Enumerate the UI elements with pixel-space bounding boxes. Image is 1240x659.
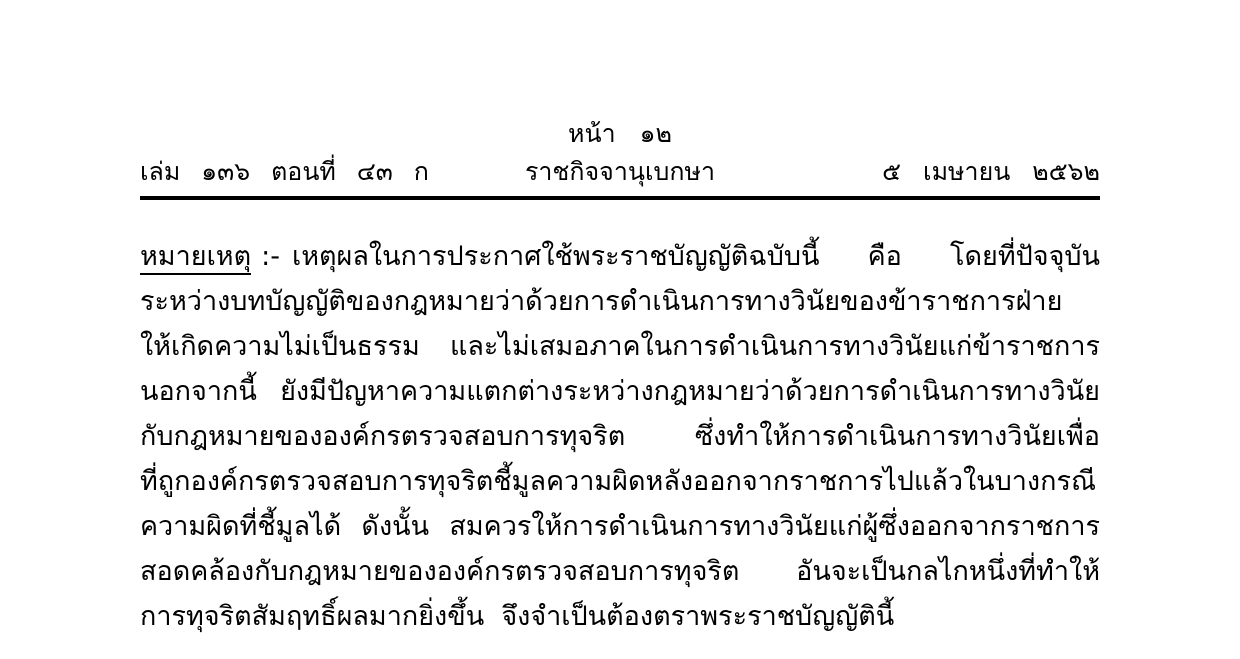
note-paragraph: หมายเหตุ:-เหตุผลในการประกาศใช้พระราชบัญญ… <box>140 234 1100 639</box>
body-line-7: ความผิดที่ชี้มูลได้ ดังนั้น สมควรให้การด… <box>140 504 1100 549</box>
body-line-9: การทุจริตสัมฤทธิ์ผลมากยิ่งขึ้น จึงจำเป็น… <box>140 594 1100 639</box>
gazette-page: หน้า ๑๒ เล่ม ๑๓๖ ตอนที่ ๔๓ ก ราชกิจจานุเ… <box>0 0 1240 659</box>
body-line-5: กับกฎหมายขององค์กรตรวจสอบการทุจริต ซึ่งท… <box>140 414 1100 459</box>
note-first-line-text: เหตุผลในการประกาศใช้พระราชบัญญัติฉบับนี้… <box>140 241 1100 279</box>
page-header: เล่ม ๑๓๖ ตอนที่ ๔๓ ก ราชกิจจานุเบกษา ๕ เ… <box>140 152 1100 192</box>
body-line-8: สอดคล้องกับกฎหมายขององค์กรตรวจสอบการทุจร… <box>140 549 1100 594</box>
note-label: หมายเหตุ <box>140 241 251 275</box>
body-line-6: ที่ถูกองค์กรตรวจสอบการทุจริตชี้มูลความผิ… <box>140 459 1100 504</box>
page-number-label: หน้า ๑๒ <box>140 116 1100 152</box>
volume-issue-label: เล่ม ๑๓๖ ตอนที่ ๔๓ ก <box>140 152 525 192</box>
issue-date: ๕ เมษายน ๒๕๖๒ <box>715 152 1100 192</box>
body-line-1: หมายเหตุ:-เหตุผลในการประกาศใช้พระราชบัญญ… <box>140 234 1100 279</box>
note-separator: :- <box>261 234 280 279</box>
header-rule <box>140 196 1100 200</box>
page-content: หน้า ๑๒ เล่ม ๑๓๖ ตอนที่ ๔๓ ก ราชกิจจานุเ… <box>140 0 1100 639</box>
body-line-3: ให้เกิดความไม่เป็นธรรม และไม่เสมอภาคในกา… <box>140 324 1100 369</box>
body-line-2: ระหว่างบทบัญญัติของกฎหมายว่าด้วยการดำเนิ… <box>140 279 1100 324</box>
body-line-4: นอกจากนี้ ยังมีปัญหาความแตกต่างระหว่างกฎ… <box>140 369 1100 414</box>
gazette-title: ราชกิจจานุเบกษา <box>525 152 715 192</box>
